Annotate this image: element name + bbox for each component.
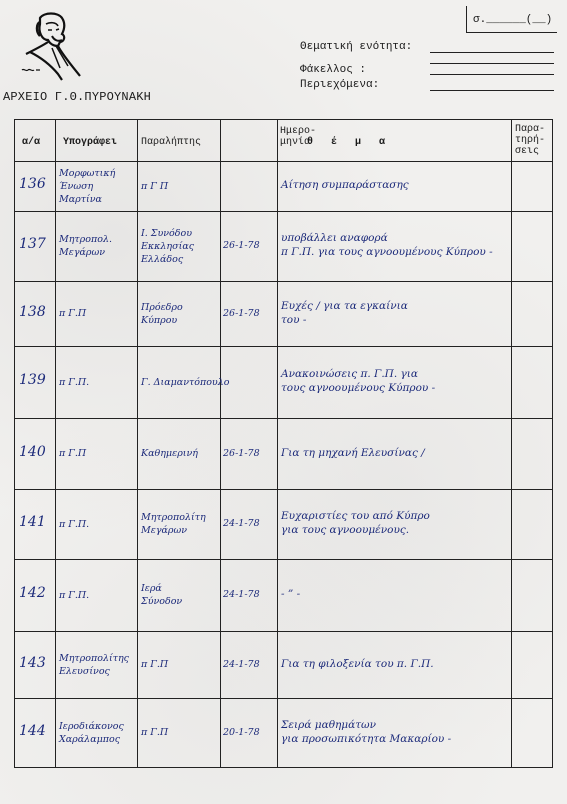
signer-text: Μητροπολίτης — [59, 652, 129, 665]
recipient-text: Καθημερινή — [141, 447, 198, 460]
subject-text: τους αγνοουμένους Κύπρου - — [281, 382, 435, 395]
signer-text: π Γ.Π — [59, 447, 86, 460]
archive-title: ΑΡΧΕΙΟ Γ.Θ.ΠΥΡΟΥΝΑΚΗ — [3, 90, 151, 104]
row-number: 143 — [19, 657, 46, 670]
field-contents-label: Περιεχόμενα: — [300, 79, 379, 91]
date-text: 24-1-78 — [223, 588, 260, 601]
subject-text: για τους αγνοουμένους. — [281, 524, 409, 537]
header-aa: α/α — [22, 137, 40, 148]
table-row: 142π Γ.Π.ΙεράΣύνοδον24-1-78- ” - — [15, 559, 552, 631]
row-number: 141 — [19, 516, 46, 529]
recipient-text: Ελλάδος — [141, 253, 183, 266]
recipient-text: Ι. Συνόδου — [141, 227, 192, 240]
date-text: 26-1-78 — [223, 447, 260, 460]
signer-text: Μεγάρων — [59, 246, 105, 259]
subject-text: π Γ.Π. για τους αγνοουμένους Κύπρου - — [281, 246, 493, 259]
recipient-text: Μεγάρων — [141, 524, 187, 537]
header-notes-2: τηρή- — [515, 135, 545, 146]
field-extra-line[interactable] — [430, 63, 554, 64]
header-notes-3: σεις — [515, 146, 539, 157]
signer-text: Ένωση — [59, 180, 93, 193]
row-number: 142 — [19, 587, 46, 600]
subject-text: Σειρά μαθημάτων — [281, 719, 376, 732]
recipient-text: Ιερά — [141, 582, 162, 595]
table-row: 137Μητροπολ.ΜεγάρωνΙ. ΣυνόδουΕκκλησίαςΕλ… — [15, 211, 552, 281]
signer-text: Χαράλαμπος — [59, 733, 120, 746]
header-notes-1: Παρα- — [515, 124, 545, 135]
date-text: 26-1-78 — [223, 307, 260, 320]
subject-text: υποβάλλει αναφορά — [281, 232, 388, 245]
portrait-sketch-icon — [18, 10, 88, 82]
signer-text: Μητροπολ. — [59, 233, 112, 246]
table-row: 143ΜητροπολίτηςΕλευσίνοςπ Γ.Π24-1-78Για … — [15, 631, 552, 698]
subject-text: Ανακοινώσεις π. Γ.Π. για — [281, 368, 418, 381]
date-text: 20-1-78 — [223, 726, 260, 739]
field-contents-line[interactable] — [430, 90, 554, 91]
header-subject: θ έ μ α — [307, 137, 385, 148]
row-number: 144 — [19, 725, 46, 738]
subject-text: Για τη μηχανή Ελευσίνας / — [281, 447, 425, 460]
subject-text: Ευχές / για τα εγκαίνια — [281, 300, 408, 313]
register-table: α/α Υπογράφει Παραλήπτης Ημερο- μηνία θ … — [14, 119, 553, 768]
field-thematic-unit-label: Θεματική ενότητα: — [300, 41, 412, 53]
date-text: 24-1-78 — [223, 517, 260, 530]
table-row: 144ΙεροδιάκονοςΧαράλαμποςπ Γ.Π20-1-78Σει… — [15, 698, 552, 767]
signer-text: π Γ.Π. — [59, 376, 89, 389]
recipient-text: Σύνοδον — [141, 595, 182, 608]
subject-text: Για τη φιλοξενία του π. Γ.Π. — [281, 658, 434, 671]
subject-text: του - — [281, 314, 306, 327]
field-thematic-unit-line[interactable] — [430, 52, 554, 53]
signer-text: Μαρτίνα — [59, 193, 102, 206]
header-date-2: μηνία — [280, 137, 310, 148]
signer-text: π Γ.Π. — [59, 589, 89, 602]
date-text: 24-1-78 — [223, 658, 260, 671]
page-number-box: σ.______(__) — [466, 6, 557, 33]
row-number: 137 — [19, 238, 46, 251]
field-folder-label: Φάκελλος : — [300, 64, 366, 76]
table-row: 136ΜορφωτικήΈνωσηΜαρτίναπ Γ ΠΑίτηση συμπ… — [15, 161, 552, 211]
subject-text: - ” - — [281, 588, 300, 601]
signer-text: Μορφωτική — [59, 167, 115, 180]
signer-text: Ιεροδιάκονος — [59, 720, 124, 733]
recipient-text: π Γ.Π — [141, 658, 168, 671]
table-row: 139π Γ.Π.Γ. ΔιαμαντόπουλοΑνακοινώσεις π.… — [15, 346, 552, 418]
table-row: 141π Γ.Π.ΜητροπολίτηΜεγάρων24-1-78Ευχαρι… — [15, 489, 552, 559]
header-date-1: Ημερο- — [280, 126, 316, 137]
signer-text: π Γ.Π. — [59, 518, 89, 531]
header-recipient: Παραλήπτης — [141, 137, 201, 148]
subject-text: Αίτηση συμπαράστασης — [281, 179, 409, 192]
row-number: 140 — [19, 446, 46, 459]
table-row: 140π Γ.ΠΚαθημερινή26-1-78Για τη μηχανή Ε… — [15, 418, 552, 489]
row-number: 139 — [19, 374, 46, 387]
signer-text: π Γ.Π — [59, 307, 86, 320]
subject-text: για προσωπικότητα Μακαρίου - — [281, 733, 451, 746]
subject-text: Ευχαριστίες του από Κύπρο — [281, 510, 430, 523]
header-signer: Υπογράφει — [63, 137, 117, 148]
row-number: 138 — [19, 306, 46, 319]
row-number: 136 — [19, 178, 46, 191]
page-number-text: σ.______(__) — [473, 14, 552, 26]
date-text: 26-1-78 — [223, 239, 260, 252]
recipient-text: Εκκλησίας — [141, 240, 194, 253]
recipient-text: Πρόεδρο — [141, 301, 183, 314]
recipient-text: π Γ Π — [141, 180, 168, 193]
recipient-text: Κύπρου — [141, 314, 177, 327]
recipient-text: π Γ.Π — [141, 726, 168, 739]
field-folder-line[interactable] — [430, 74, 554, 75]
table-row: 138π Γ.ΠΠρόεδροΚύπρου26-1-78Ευχές / για … — [15, 281, 552, 346]
recipient-text: Γ. Διαμαντόπουλο — [141, 376, 229, 389]
signer-text: Ελευσίνος — [59, 665, 110, 678]
recipient-text: Μητροπολίτη — [141, 511, 206, 524]
